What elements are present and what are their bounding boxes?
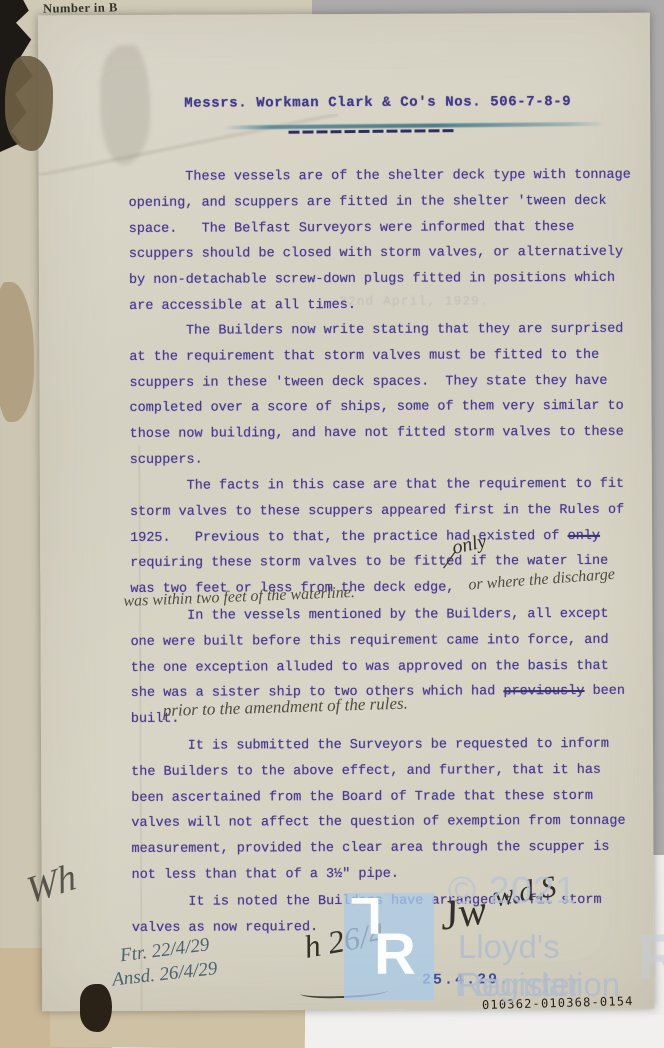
memo-heading: Messrs. Workman Clark & Co's Nos. 506-7-… (184, 94, 571, 112)
paragraph-2: The Builders now write stating that they… (129, 317, 638, 474)
signature-1: Jw (437, 886, 490, 940)
typed-date-stamp: 25.4.29. (422, 971, 510, 988)
paper-hole-stain (80, 984, 112, 1032)
underline-flourish (300, 984, 388, 999)
struck-word-previously: previously (503, 684, 584, 699)
torn-brown-paper-fragment (5, 56, 53, 151)
scanned-document-screenshot: { "scan": { "ledger_header": "Number in … (0, 0, 664, 1048)
paper-crease (38, 114, 338, 175)
typed-memo-page: Messrs. Workman Clark & Co's Nos. 506-7-… (38, 13, 654, 1012)
paper-smudge (100, 45, 151, 165)
heading-underline-dashed (288, 129, 456, 134)
struck-word-only: only (568, 528, 600, 543)
paragraph-3-text: The facts in this case are that the requ… (130, 477, 624, 546)
paragraph-1: These vessels are of the shelter deck ty… (128, 163, 637, 320)
paragraph-5: It is submitted the Surveyors be request… (131, 732, 640, 889)
